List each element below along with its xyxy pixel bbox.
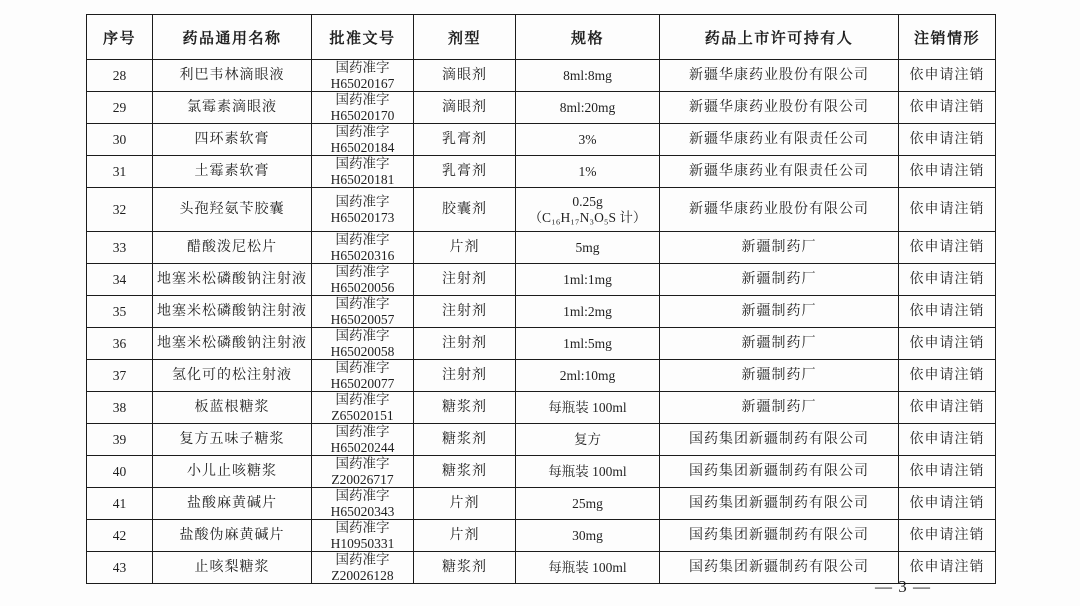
cell-drug-name: 地塞米松磷酸钠注射液 — [153, 264, 312, 296]
cell-serial-number: 30 — [87, 124, 153, 156]
spec-line-1: 8ml:8mg — [518, 68, 657, 84]
spec-line-1: 1% — [518, 164, 657, 180]
approval-prefix: 国药准字 — [314, 520, 411, 536]
cell-dosage-form: 糖浆剂 — [414, 392, 516, 424]
cell-dosage-form: 滴眼剂 — [414, 92, 516, 124]
cell-license-holder: 新疆制药厂 — [660, 360, 899, 392]
table-row: 36 地塞米松磷酸钠注射液 国药准字 H65020058 注射剂 1ml:5mg… — [87, 328, 996, 360]
cell-drug-name: 利巴韦林滴眼液 — [153, 60, 312, 92]
cell-cancel-type: 依申请注销 — [899, 520, 996, 552]
cell-specification: 1% — [516, 156, 660, 188]
cell-license-holder: 新疆华康药业股份有限公司 — [660, 60, 899, 92]
approval-code: Z20026717 — [314, 472, 411, 488]
cell-approval-number: 国药准字 H65020058 — [312, 328, 414, 360]
cell-specification: 5mg — [516, 232, 660, 264]
cell-approval-number: 国药准字 H65020181 — [312, 156, 414, 188]
approval-prefix: 国药准字 — [314, 124, 411, 140]
header-row: 序号 药品通用名称 批准文号 剂型 规格 药品上市许可持有人 注销情形 — [87, 15, 996, 60]
cell-license-holder: 新疆制药厂 — [660, 328, 899, 360]
cell-license-holder: 国药集团新疆制药有限公司 — [660, 520, 899, 552]
approval-code: Z20026128 — [314, 568, 411, 584]
cell-dosage-form: 糖浆剂 — [414, 456, 516, 488]
cell-specification: 1ml:1mg — [516, 264, 660, 296]
cell-serial-number: 39 — [87, 424, 153, 456]
approval-code: H65020058 — [314, 344, 411, 360]
cell-approval-number: 国药准字 Z65020151 — [312, 392, 414, 424]
cell-approval-number: 国药准字 H65020077 — [312, 360, 414, 392]
cell-dosage-form: 片剂 — [414, 232, 516, 264]
table-row: 29 氯霉素滴眼液 国药准字 H65020170 滴眼剂 8ml:20mg 新疆… — [87, 92, 996, 124]
cell-drug-name: 氢化可的松注射液 — [153, 360, 312, 392]
cell-serial-number: 42 — [87, 520, 153, 552]
cell-cancel-type: 依申请注销 — [899, 60, 996, 92]
cell-license-holder: 新疆制药厂 — [660, 264, 899, 296]
cell-cancel-type: 依申请注销 — [899, 232, 996, 264]
approval-code: H10950331 — [314, 536, 411, 552]
table-row: 41 盐酸麻黄碱片 国药准字 H65020343 片剂 25mg 国药集团新疆制… — [87, 488, 996, 520]
spec-line-1: 0.25g — [518, 194, 657, 210]
header-serial-number: 序号 — [87, 15, 153, 60]
cell-cancel-type: 依申请注销 — [899, 424, 996, 456]
cell-drug-name: 小儿止咳糖浆 — [153, 456, 312, 488]
table-row: 39 复方五味子糖浆 国药准字 H65020244 糖浆剂 复方 国药集团新疆制… — [87, 424, 996, 456]
cell-serial-number: 40 — [87, 456, 153, 488]
cell-dosage-form: 糖浆剂 — [414, 424, 516, 456]
cell-approval-number: 国药准字 H10950331 — [312, 520, 414, 552]
approval-code: H65020173 — [314, 210, 411, 226]
approval-prefix: 国药准字 — [314, 488, 411, 504]
cell-dosage-form: 糖浆剂 — [414, 552, 516, 584]
cell-approval-number: 国药准字 H65020244 — [312, 424, 414, 456]
spec-line-1: 每瓶装 100ml — [518, 464, 657, 480]
cell-cancel-type: 依申请注销 — [899, 296, 996, 328]
cell-serial-number: 38 — [87, 392, 153, 424]
approval-prefix: 国药准字 — [314, 360, 411, 376]
cell-license-holder: 新疆制药厂 — [660, 232, 899, 264]
cell-specification: 每瓶装 100ml — [516, 392, 660, 424]
cell-specification: 0.25g （C₁₆H₁₇N₃O₅S 计） — [516, 188, 660, 232]
cell-cancel-type: 依申请注销 — [899, 92, 996, 124]
approval-prefix: 国药准字 — [314, 264, 411, 280]
cell-drug-name: 止咳梨糖浆 — [153, 552, 312, 584]
cell-approval-number: 国药准字 H65020343 — [312, 488, 414, 520]
cell-drug-name: 盐酸麻黄碱片 — [153, 488, 312, 520]
cell-serial-number: 37 — [87, 360, 153, 392]
table-row: 31 土霉素软膏 国药准字 H65020181 乳膏剂 1% 新疆华康药业有限责… — [87, 156, 996, 188]
cell-specification: 每瓶装 100ml — [516, 456, 660, 488]
cell-cancel-type: 依申请注销 — [899, 392, 996, 424]
approval-code: H65020167 — [314, 76, 411, 92]
approval-code: H65020181 — [314, 172, 411, 188]
cell-specification: 3% — [516, 124, 660, 156]
header-cancel-type: 注销情形 — [899, 15, 996, 60]
cell-drug-name: 头孢羟氨苄胶囊 — [153, 188, 312, 232]
cell-approval-number: 国药准字 H65020167 — [312, 60, 414, 92]
cell-license-holder: 国药集团新疆制药有限公司 — [660, 424, 899, 456]
approval-prefix: 国药准字 — [314, 456, 411, 472]
cell-serial-number: 36 — [87, 328, 153, 360]
cell-dosage-form: 片剂 — [414, 520, 516, 552]
spec-line-1: 30mg — [518, 528, 657, 544]
cell-drug-name: 盐酸伪麻黄碱片 — [153, 520, 312, 552]
spec-line-1: 2ml:10mg — [518, 368, 657, 384]
cell-approval-number: 国药准字 Z20026128 — [312, 552, 414, 584]
approval-prefix: 国药准字 — [314, 60, 411, 76]
approval-prefix: 国药准字 — [314, 328, 411, 344]
approval-prefix: 国药准字 — [314, 232, 411, 248]
cell-dosage-form: 片剂 — [414, 488, 516, 520]
cell-drug-name: 醋酸泼尼松片 — [153, 232, 312, 264]
cell-license-holder: 新疆华康药业有限责任公司 — [660, 124, 899, 156]
cell-approval-number: 国药准字 H65020173 — [312, 188, 414, 232]
cell-approval-number: 国药准字 H65020184 — [312, 124, 414, 156]
cell-approval-number: 国药准字 Z20026717 — [312, 456, 414, 488]
header-drug-name: 药品通用名称 — [153, 15, 312, 60]
cell-license-holder: 国药集团新疆制药有限公司 — [660, 488, 899, 520]
table-row: 32 头孢羟氨苄胶囊 国药准字 H65020173 胶囊剂 0.25g （C₁₆… — [87, 188, 996, 232]
spec-line-1: 1ml:2mg — [518, 304, 657, 320]
cell-approval-number: 国药准字 H65020056 — [312, 264, 414, 296]
approval-code: H65020343 — [314, 504, 411, 520]
approval-code: H65020244 — [314, 440, 411, 456]
cell-cancel-type: 依申请注销 — [899, 188, 996, 232]
approval-prefix: 国药准字 — [314, 194, 411, 210]
cell-serial-number: 31 — [87, 156, 153, 188]
cell-dosage-form: 乳膏剂 — [414, 156, 516, 188]
cell-license-holder: 国药集团新疆制药有限公司 — [660, 456, 899, 488]
cell-cancel-type: 依申请注销 — [899, 360, 996, 392]
cell-specification: 复方 — [516, 424, 660, 456]
approval-prefix: 国药准字 — [314, 552, 411, 568]
cell-cancel-type: 依申请注销 — [899, 328, 996, 360]
cell-drug-name: 地塞米松磷酸钠注射液 — [153, 296, 312, 328]
approval-code: H65020184 — [314, 140, 411, 156]
cell-specification: 1ml:5mg — [516, 328, 660, 360]
table-row: 35 地塞米松磷酸钠注射液 国药准字 H65020057 注射剂 1ml:2mg… — [87, 296, 996, 328]
spec-line-1: 每瓶装 100ml — [518, 400, 657, 416]
approval-code: H65020316 — [314, 248, 411, 264]
cell-drug-name: 土霉素软膏 — [153, 156, 312, 188]
table-row: 37 氢化可的松注射液 国药准字 H65020077 注射剂 2ml:10mg … — [87, 360, 996, 392]
table-row: 40 小儿止咳糖浆 国药准字 Z20026717 糖浆剂 每瓶装 100ml 国… — [87, 456, 996, 488]
cell-dosage-form: 注射剂 — [414, 360, 516, 392]
cell-dosage-form: 注射剂 — [414, 328, 516, 360]
cell-serial-number: 34 — [87, 264, 153, 296]
cell-license-holder: 新疆华康药业股份有限公司 — [660, 188, 899, 232]
spec-line-1: 25mg — [518, 496, 657, 512]
approval-code: H65020056 — [314, 280, 411, 296]
header-approval-number: 批准文号 — [312, 15, 414, 60]
cell-approval-number: 国药准字 H65020316 — [312, 232, 414, 264]
spec-line-1: 复方 — [518, 432, 657, 448]
header-license-holder: 药品上市许可持有人 — [660, 15, 899, 60]
cell-drug-name: 板蓝根糖浆 — [153, 392, 312, 424]
approval-prefix: 国药准字 — [314, 392, 411, 408]
table-row: 38 板蓝根糖浆 国药准字 Z65020151 糖浆剂 每瓶装 100ml 新疆… — [87, 392, 996, 424]
table-row: 42 盐酸伪麻黄碱片 国药准字 H10950331 片剂 30mg 国药集团新疆… — [87, 520, 996, 552]
cell-approval-number: 国药准字 H65020057 — [312, 296, 414, 328]
spec-line-2: （C₁₆H₁₇N₃O₅S 计） — [518, 210, 657, 226]
cell-serial-number: 43 — [87, 552, 153, 584]
cell-drug-name: 氯霉素滴眼液 — [153, 92, 312, 124]
table-row: 28 利巴韦林滴眼液 国药准字 H65020167 滴眼剂 8ml:8mg 新疆… — [87, 60, 996, 92]
cell-specification: 1ml:2mg — [516, 296, 660, 328]
spec-line-1: 3% — [518, 132, 657, 148]
cell-license-holder: 新疆制药厂 — [660, 296, 899, 328]
table-row: 30 四环素软膏 国药准字 H65020184 乳膏剂 3% 新疆华康药业有限责… — [87, 124, 996, 156]
cell-serial-number: 33 — [87, 232, 153, 264]
cell-drug-name: 地塞米松磷酸钠注射液 — [153, 328, 312, 360]
approval-prefix: 国药准字 — [314, 156, 411, 172]
spec-line-1: 8ml:20mg — [518, 100, 657, 116]
cell-cancel-type: 依申请注销 — [899, 264, 996, 296]
approval-prefix: 国药准字 — [314, 296, 411, 312]
table-body: 28 利巴韦林滴眼液 国药准字 H65020167 滴眼剂 8ml:8mg 新疆… — [87, 60, 996, 584]
approval-prefix: 国药准字 — [314, 92, 411, 108]
page-number: — 3 — — [855, 577, 951, 597]
approval-code: Z65020151 — [314, 408, 411, 424]
cell-specification: 30mg — [516, 520, 660, 552]
approval-code: H65020077 — [314, 376, 411, 392]
cell-serial-number: 41 — [87, 488, 153, 520]
drug-cancellation-table: 序号 药品通用名称 批准文号 剂型 规格 药品上市许可持有人 注销情形 28 利… — [86, 14, 996, 584]
table-row: 33 醋酸泼尼松片 国药准字 H65020316 片剂 5mg 新疆制药厂 依申… — [87, 232, 996, 264]
spec-line-1: 1ml:5mg — [518, 336, 657, 352]
cell-specification: 每瓶装 100ml — [516, 552, 660, 584]
cell-serial-number: 32 — [87, 188, 153, 232]
cell-approval-number: 国药准字 H65020170 — [312, 92, 414, 124]
table-header: 序号 药品通用名称 批准文号 剂型 规格 药品上市许可持有人 注销情形 — [87, 15, 996, 60]
cell-dosage-form: 注射剂 — [414, 296, 516, 328]
cell-license-holder: 新疆华康药业股份有限公司 — [660, 92, 899, 124]
cell-license-holder: 新疆制药厂 — [660, 392, 899, 424]
cell-drug-name: 复方五味子糖浆 — [153, 424, 312, 456]
cell-cancel-type: 依申请注销 — [899, 456, 996, 488]
cell-specification: 8ml:8mg — [516, 60, 660, 92]
approval-code: H65020170 — [314, 108, 411, 124]
cell-specification: 2ml:10mg — [516, 360, 660, 392]
header-specification: 规格 — [516, 15, 660, 60]
cell-dosage-form: 乳膏剂 — [414, 124, 516, 156]
cell-license-holder: 新疆华康药业有限责任公司 — [660, 156, 899, 188]
cell-drug-name: 四环素软膏 — [153, 124, 312, 156]
cell-dosage-form: 胶囊剂 — [414, 188, 516, 232]
cell-serial-number: 35 — [87, 296, 153, 328]
approval-code: H65020057 — [314, 312, 411, 328]
spec-line-1: 5mg — [518, 240, 657, 256]
cell-cancel-type: 依申请注销 — [899, 156, 996, 188]
cell-serial-number: 28 — [87, 60, 153, 92]
spec-line-1: 1ml:1mg — [518, 272, 657, 288]
cell-dosage-form: 注射剂 — [414, 264, 516, 296]
cell-serial-number: 29 — [87, 92, 153, 124]
cell-specification: 25mg — [516, 488, 660, 520]
header-dosage-form: 剂型 — [414, 15, 516, 60]
cell-cancel-type: 依申请注销 — [899, 124, 996, 156]
cell-dosage-form: 滴眼剂 — [414, 60, 516, 92]
cell-cancel-type: 依申请注销 — [899, 488, 996, 520]
spec-line-1: 每瓶装 100ml — [518, 560, 657, 576]
table-row: 34 地塞米松磷酸钠注射液 国药准字 H65020056 注射剂 1ml:1mg… — [87, 264, 996, 296]
cell-specification: 8ml:20mg — [516, 92, 660, 124]
approval-prefix: 国药准字 — [314, 424, 411, 440]
